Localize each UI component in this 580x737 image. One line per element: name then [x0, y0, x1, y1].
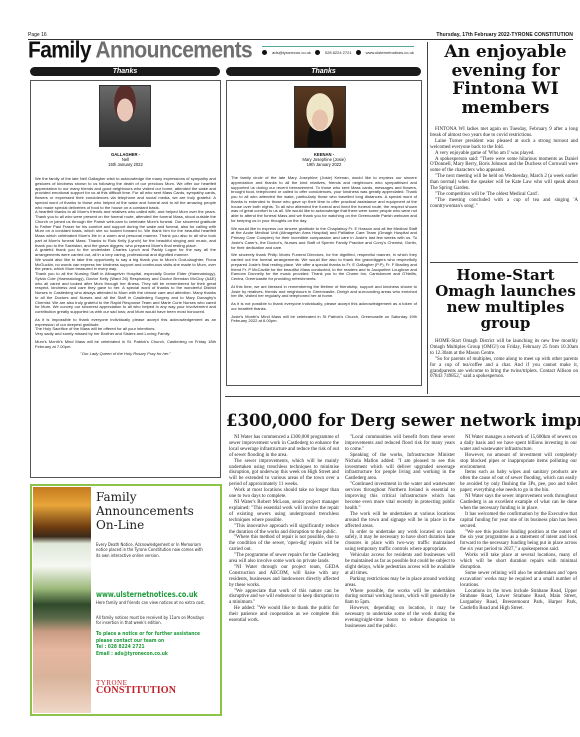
paragraph: We sincerely thank Philip Morris Funeral…: [231, 253, 417, 282]
headline-derg-sewer: £300,000 for Derg sewer network improvem…: [226, 412, 580, 430]
online-notices-advert: Family Announcements On-Line Every Death…: [30, 484, 222, 716]
paragraph: Thank you to all the Nursing Staff in Al…: [35, 272, 216, 315]
contact-phone[interactable]: 028 8224 2721: [325, 50, 352, 55]
advert-title: Family Announcements On-Line: [96, 490, 194, 532]
article-home-start: HOME-Start Omagh District will be launch…: [430, 339, 578, 380]
notice-keenan: KEENAN - Mary Josephine (Josie) 19th Jan…: [226, 80, 422, 386]
paragraph: As it is not possible to thank everyone …: [231, 302, 417, 312]
feature-column-3: NI Water manages a network of 15,600km o…: [460, 435, 577, 612]
paragraph: Mum's Month's Mind Mass will be celebrat…: [35, 340, 216, 350]
notice-caption: GALLAGHER - Nell 15th January 2022: [31, 152, 220, 167]
contact-website[interactable]: www.ulsternetnotices.co.uk: [366, 50, 414, 55]
paragraph: A heartfelt thanks to all Mum's friends …: [35, 210, 216, 248]
prayer-line: "Our Lady Queen of the Holy Rosary Pray …: [35, 352, 216, 357]
thanks-banner-keenan: Thanks: [226, 67, 421, 76]
paragraph: We would like to express our sincere gra…: [231, 227, 417, 251]
headline-fintona-wi: An enjoyable evening for Fintona WI memb…: [431, 43, 580, 117]
section-title: Family Announcements: [28, 40, 252, 62]
feature-top-rule: [225, 396, 580, 397]
paragraph: We the family of the late Nell Gallagher…: [35, 177, 216, 210]
advert-phone[interactable]: Tel : 028 8224 2721: [96, 644, 207, 651]
death-date: 15th January 2022: [31, 162, 220, 167]
paragraph: Very sadly and sorely missed by her Brot…: [35, 332, 216, 337]
web-icon: [356, 50, 361, 55]
email-icon: [262, 50, 267, 55]
feature-column-1: NI Water has commenced a £300,000 progra…: [229, 435, 339, 624]
article-divider: [430, 262, 578, 263]
advert-email[interactable]: Email : ads@tyronecon.co.uk: [96, 651, 207, 658]
notice-gallagher: GALLAGHER - Nell 15th January 2022 We th…: [30, 80, 221, 478]
phone-icon: [315, 50, 320, 55]
tyrone-constitution-logo: TYRONE CONSTITUTION: [96, 679, 176, 695]
advert-deadline: All family notices must be received by 1…: [96, 615, 208, 626]
advert-url-note: Here family and friends can view notices…: [96, 600, 208, 605]
advert-website-link[interactable]: www.ulsternetnotices.co.uk: [96, 590, 198, 599]
advert-photo-collage: [33, 487, 91, 713]
portrait-photo-gallagher: [99, 85, 151, 147]
section-masthead: Family Announcements ads@tyronecon.co.uk…: [28, 41, 428, 61]
notice-caption: KEENAN - Mary Josephine (Josie) 19th Jan…: [227, 152, 421, 167]
death-date: 19th January 2022: [227, 162, 421, 167]
headline-home-start: Home-Start Omagh launches new multiples …: [431, 267, 580, 331]
advert-cta: To place a notice or for further assista…: [96, 631, 207, 657]
notice-text: The family circle of the late Mary Josep…: [231, 176, 417, 327]
thanks-banner-gallagher: Thanks: [30, 67, 220, 76]
advert-intro: Every Death Notice, Acknowledgement or I…: [96, 542, 208, 558]
contact-email[interactable]: ads@tyronecon.co.uk: [272, 50, 311, 55]
portrait-photo-keenan: [294, 86, 346, 148]
paragraph: The family circle of the late Mary Josep…: [231, 176, 417, 224]
dateline: Thursday, 17th February 2022-TYRONE CONS…: [436, 32, 573, 38]
paragraph: At this time, we are blessed in remember…: [231, 285, 417, 299]
paragraph: Josie's Month's Mind Mass will be celebr…: [231, 315, 417, 325]
contact-strip: ads@tyronecon.co.uk 028 8224 2721 www.ul…: [262, 46, 414, 56]
feature-column-2: "Local communities will benefit from the…: [345, 435, 455, 630]
notice-text: We the family of the late Nell Gallagher…: [35, 177, 216, 360]
paragraph: We would also like to take this opportun…: [35, 258, 216, 272]
column-divider: [427, 42, 428, 394]
article-fintona-wi: FINTONA WI ladies met again on Tuesday, …: [430, 127, 578, 210]
